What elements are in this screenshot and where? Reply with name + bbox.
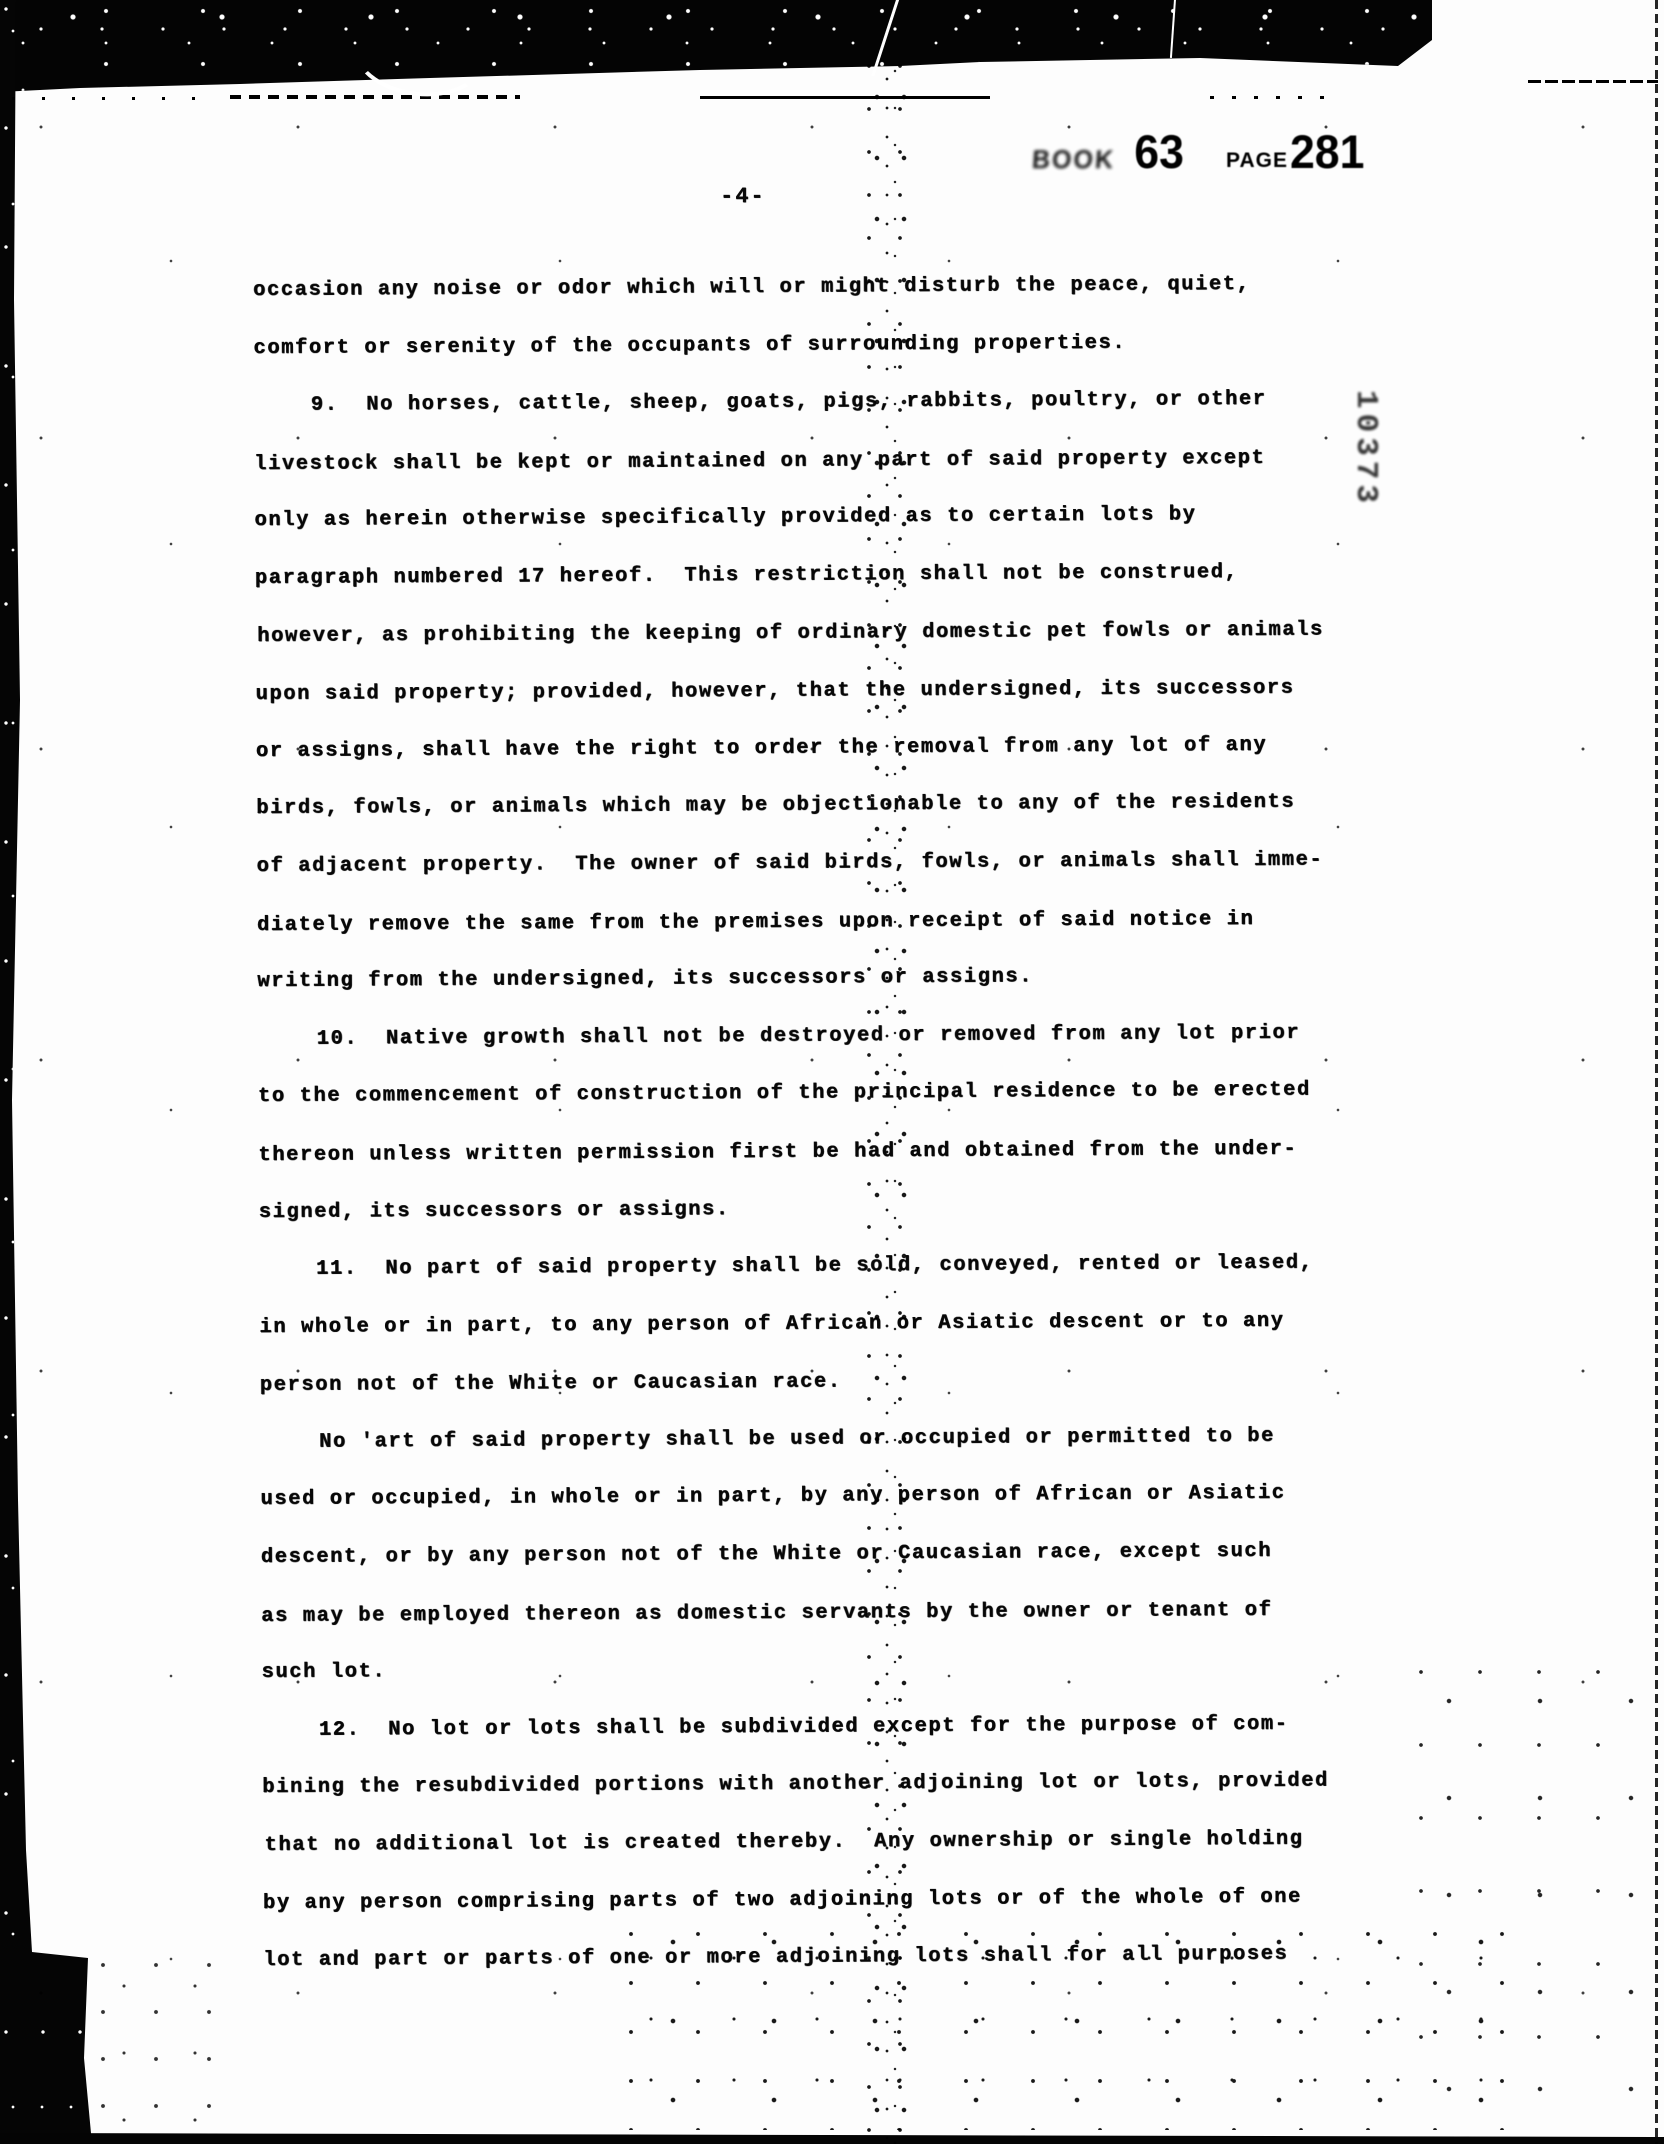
text-line: used or occupied, in whole or in part, b… [260,1464,1410,1529]
dashed-rule [1528,80,1658,83]
page-word-stamp: PAGE [1226,149,1288,173]
text-line: No 'art of said property shall be used o… [262,1407,1412,1472]
text-line: bining the resubdivided portions with an… [262,1752,1412,1817]
scanned-document-page: BOOK 63 PAGE 281 -4- 10373 occasion any … [0,0,1664,2144]
text-line: of adjacent property. The owner of said … [257,831,1407,896]
text-line: 12. No lot or lots shall be subdivided e… [262,1695,1412,1760]
text-line: however, as prohibiting the keeping of o… [257,601,1407,666]
text-line: person not of the White or Caucasian rac… [260,1350,1410,1415]
text-line: paragraph numbered 17 hereof. This restr… [255,543,1405,608]
noise-left-bottom [95,1955,235,2140]
text-line: by any person comprising parts of two ad… [263,1868,1413,1933]
text-line: signed, its successors or assigns. [259,1176,1409,1241]
scan-top-edge-band [0,0,1432,92]
noise-right-margin [1412,1660,1652,2100]
text-line: writing from the undersigned, its succes… [257,946,1407,1011]
book-number-stamp: 63 [1134,124,1184,179]
text-line: only as herein otherwise specifically pr… [254,485,1404,550]
scan-left-edge-band [0,0,100,2144]
text-line: 10. Native growth shall not be destroyed… [260,1004,1410,1069]
text-line: such lot. [261,1637,1411,1702]
dashed-rule [700,96,990,99]
page-number-stamp: 281 [1290,124,1365,179]
page-marker: -4- [720,184,766,209]
document-body: occasion any noise or odor which will or… [253,255,1414,1990]
text-line: descent, or by any person not of the Whi… [261,1522,1411,1587]
text-line: or assigns, shall have the right to orde… [256,716,1406,781]
text-line: livestock shall be kept or maintained on… [254,429,1404,494]
scan-bottom-edge-band [0,2128,1664,2144]
text-line: occasion any noise or odor which will or… [253,255,1403,320]
text-line: birds, fowls, or animals which may be ob… [256,773,1406,838]
dashed-rule [1210,96,1340,99]
text-line: in whole or in part, to any person of Af… [259,1292,1409,1357]
text-line: that no additional lot is created thereb… [264,1810,1414,1875]
dashed-rule [12,97,212,100]
text-line: comfort or serenity of the occupants of … [253,313,1403,378]
text-line: lot and part or parts of one or more adj… [263,1925,1413,1990]
book-word-stamp: BOOK [1031,145,1116,175]
text-line: diately remove the same from the premise… [257,889,1407,954]
text-line: 11. No part of said property shall be so… [259,1234,1409,1299]
text-line: upon said property; provided, however, t… [255,659,1405,724]
dashed-rule [230,95,520,99]
text-line: as may be employed thereon as domestic s… [261,1581,1411,1646]
text-line: thereon unless written permission first … [258,1120,1408,1185]
text-line: to the commencement of construction of t… [258,1061,1408,1126]
scan-right-edge-perforation [1655,0,1658,2144]
text-line: 9. No horses, cattle, sheep, goats, pigs… [254,370,1404,435]
